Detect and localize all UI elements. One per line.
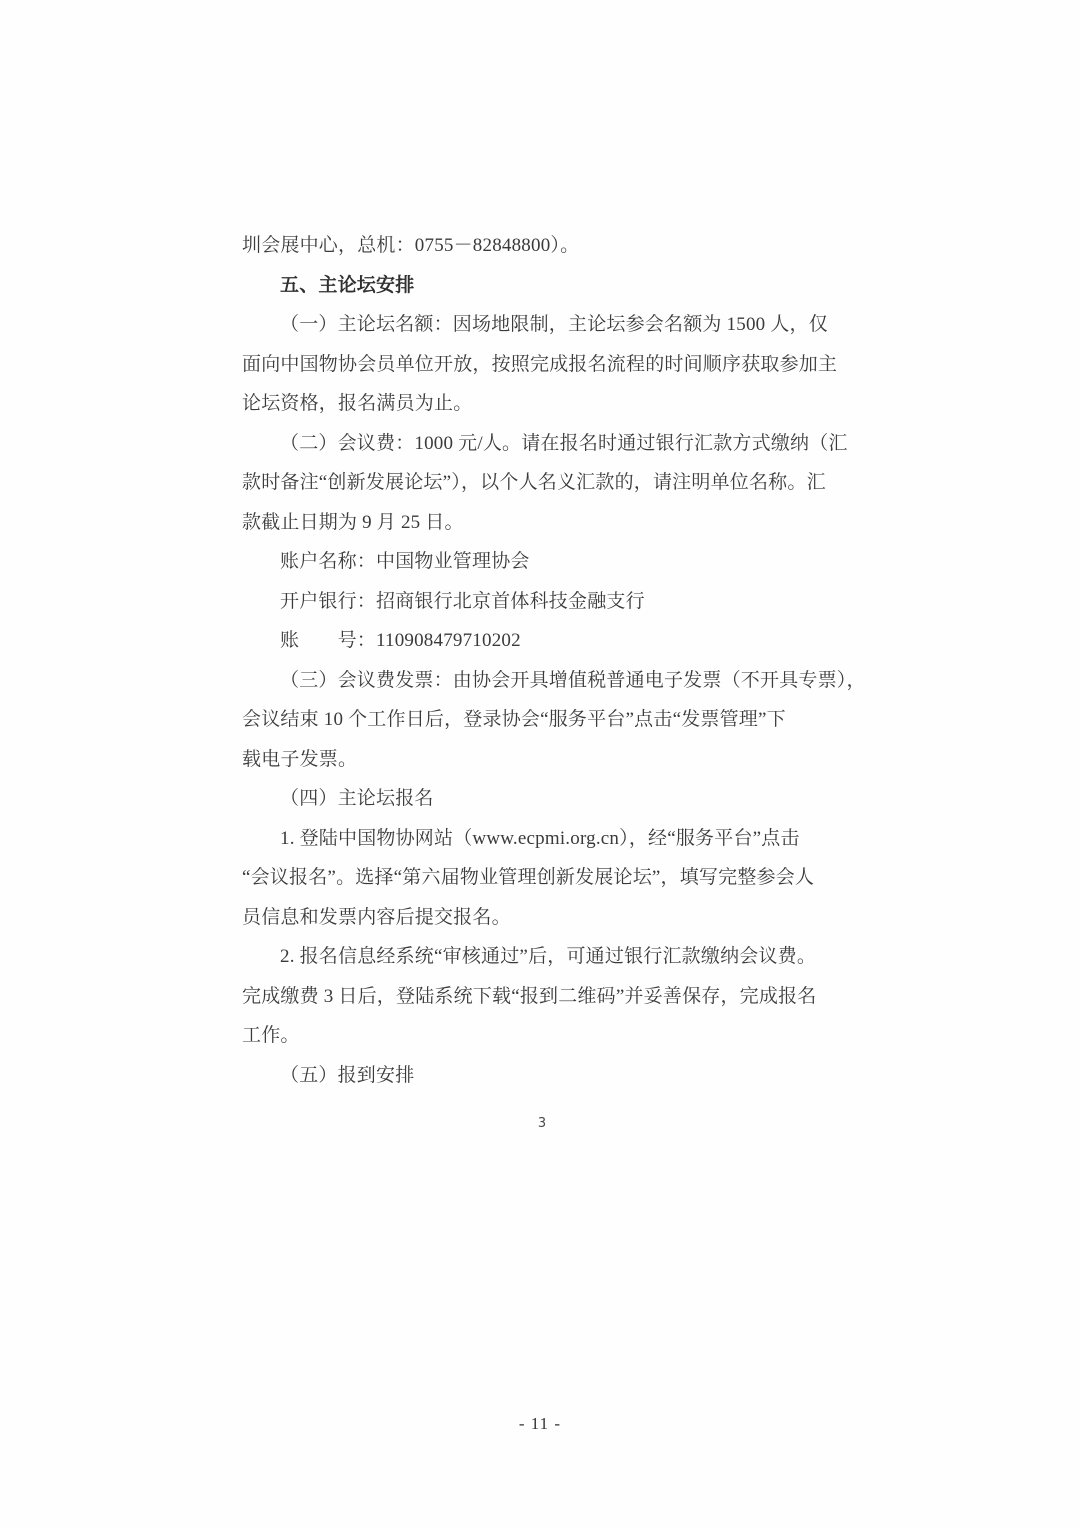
doc-line: 开户银行：招商银行北京首体科技金融支行 [242, 582, 842, 622]
inner-page-number: 3 [242, 1116, 842, 1131]
doc-line: 载电子发票。 [242, 740, 842, 780]
document-page: 圳会展中心，总机：0755－82848800）。五、主论坛安排（一）主论坛名额：… [0, 0, 1080, 1527]
doc-line: 员信息和发票内容后提交报名。 [242, 898, 842, 938]
doc-line: 2. 报名信息经系统“审核通过”后，可通过银行汇款缴纳会议费。 [242, 937, 842, 977]
doc-line: 圳会展中心，总机：0755－82848800）。 [242, 226, 842, 266]
doc-line: 工作。 [242, 1016, 842, 1056]
doc-line: 款截止日期为 9 月 25 日。 [242, 503, 842, 543]
doc-line: （三）会议费发票：由协会开具增值税普通电子发票（不开具专票）， [242, 661, 842, 701]
doc-line: 论坛资格，报名满员为止。 [242, 384, 842, 424]
doc-line: 1. 登陆中国物协网站（www.ecpmi.org.cn），经“服务平台”点击 [242, 819, 842, 859]
footer-page-number: - 11 - [0, 1414, 1080, 1434]
doc-line: （五）报到安排 [242, 1056, 842, 1096]
doc-line: 五、主论坛安排 [242, 266, 842, 306]
doc-line: 完成缴费 3 日后，登陆系统下载“报到二维码”并妥善保存，完成报名 [242, 977, 842, 1017]
doc-line: 账 号：110908479710202 [242, 621, 842, 661]
doc-line: “会议报名”。选择“第六届物业管理创新发展论坛”，填写完整参会人 [242, 858, 842, 898]
doc-line: （一）主论坛名额：因场地限制，主论坛参会名额为 1500 人，仅 [242, 305, 842, 345]
doc-line: 账户名称：中国物业管理协会 [242, 542, 842, 582]
doc-line: （四）主论坛报名 [242, 779, 842, 819]
doc-line: （二）会议费：1000 元/人。请在报名时通过银行汇款方式缴纳（汇 [242, 424, 842, 464]
document-content: 圳会展中心，总机：0755－82848800）。五、主论坛安排（一）主论坛名额：… [242, 226, 842, 1095]
doc-line: 款时备注“创新发展论坛”），以个人名义汇款的，请注明单位名称。汇 [242, 463, 842, 503]
doc-line: 面向中国物协会员单位开放，按照完成报名流程的时间顺序获取参加主 [242, 345, 842, 385]
doc-line: 会议结束 10 个工作日后，登录协会“服务平台”点击“发票管理”下 [242, 700, 842, 740]
